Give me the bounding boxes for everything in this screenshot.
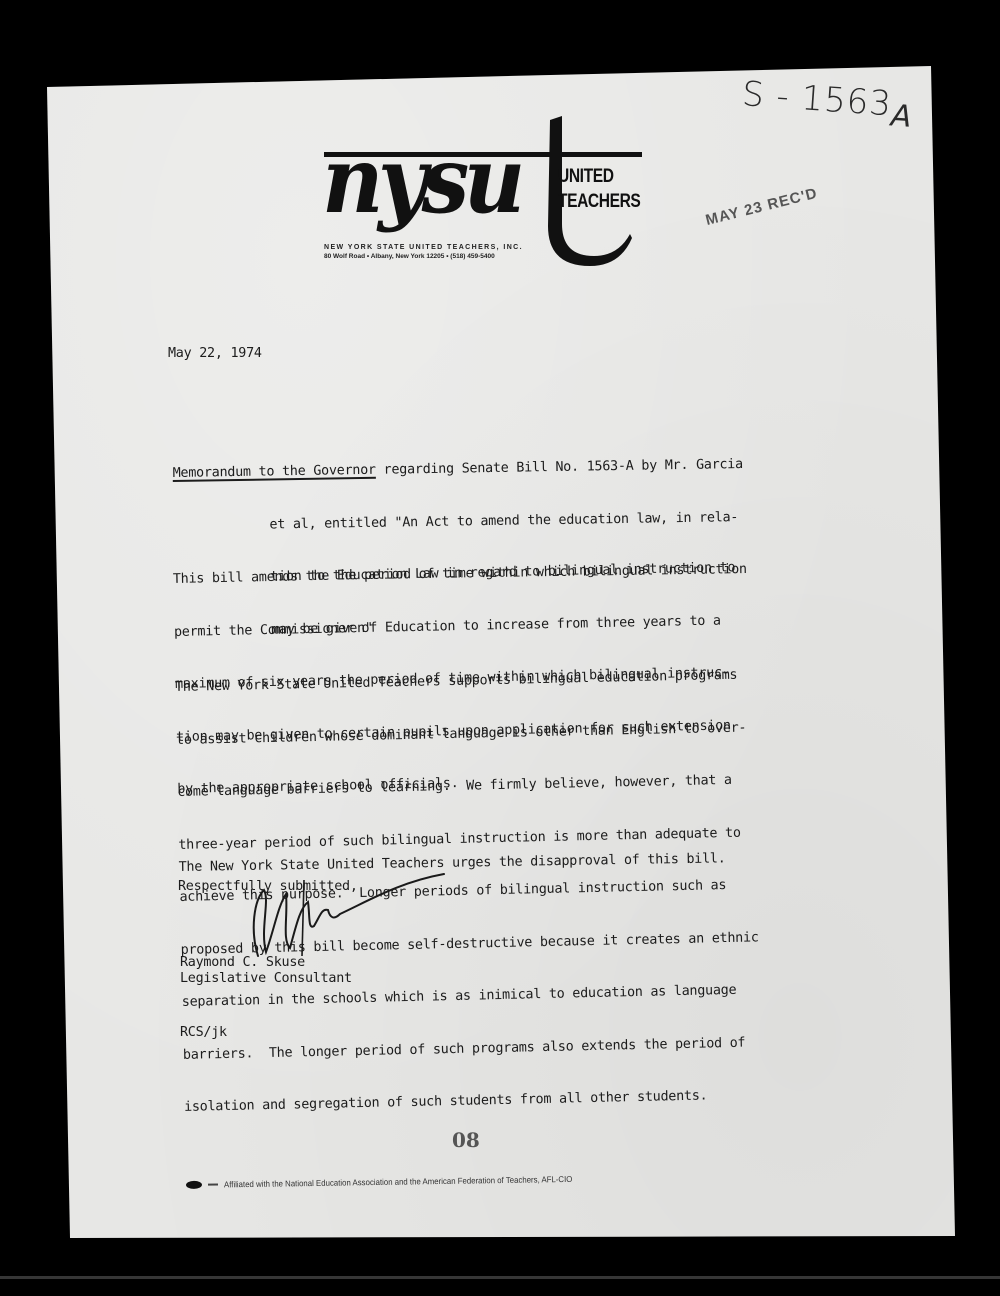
afl-cio-logo-icon	[186, 1181, 202, 1189]
nysut-logo-word: nysu	[322, 134, 520, 226]
text-line: come language barriers to learning. We f…	[177, 771, 755, 801]
scanned-document: nysu UNITED TEACHERS NEW YORK STATE UNIT…	[0, 0, 1000, 1296]
signer-title: Legislative Consultant	[180, 970, 352, 988]
organization-address: 80 Wolf Road • Albany, New York 12205 • …	[324, 253, 495, 260]
scan-edge-line	[0, 1276, 1000, 1279]
text-line: isolation and segregation of such studen…	[184, 1086, 762, 1116]
letterhead: nysu UNITED TEACHERS NEW YORK STATE UNIT…	[318, 112, 648, 272]
memo-heading: Memorandum to the Governor	[173, 463, 376, 481]
logo-teachers-text: TEACHERS	[558, 192, 640, 211]
subject-line-1: Memorandum to the Governor regarding Sen…	[173, 456, 746, 482]
text-line: The New York State United Teachers suppo…	[175, 666, 753, 696]
page-mark: 08	[452, 1128, 480, 1152]
footer-dash	[208, 1183, 218, 1185]
letter-date: May 22, 1974	[168, 345, 262, 363]
logo-united-text: UNITED	[558, 167, 614, 186]
text-line: barriers. The longer period of such prog…	[183, 1034, 761, 1064]
subject-line-1-rest: regarding Senate Bill No. 1563-A by Mr. …	[376, 457, 743, 478]
text-line: This bill amends the Education Law in re…	[173, 559, 736, 588]
file-number-suffix: A	[890, 98, 914, 134]
signer-name: Raymond C. Skuse	[180, 954, 305, 972]
typist-initials: RCS/jk	[180, 1024, 227, 1042]
organization-name: NEW YORK STATE UNITED TEACHERS, INC.	[324, 244, 523, 251]
text-line: to assist children whose dominant langua…	[176, 719, 754, 749]
